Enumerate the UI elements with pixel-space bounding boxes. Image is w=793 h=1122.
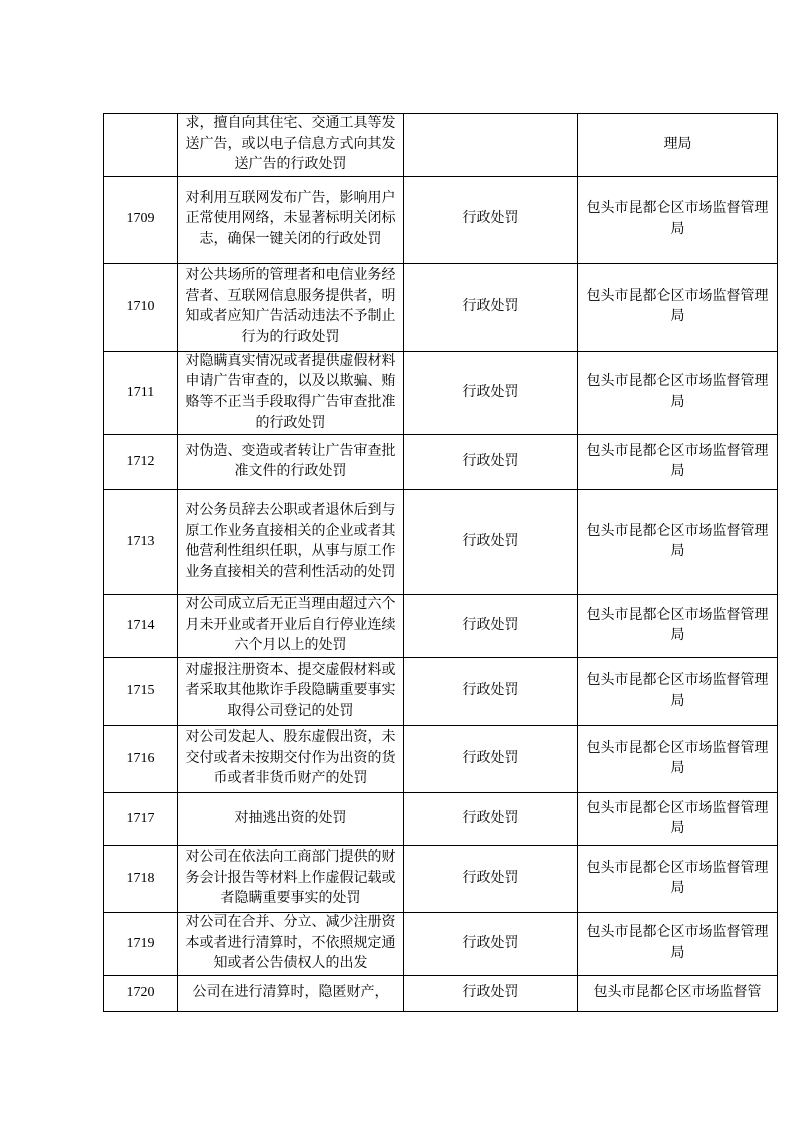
row-item-name: 求，擅自向其住宅、交通工具等发送广告，或以电子信息方式向其发送广告的行政处罚 [178,114,404,177]
row-implementing-authority: 包头市昆都仑区市场监督管理局 [578,726,778,793]
table-row: 1717 对抽逃出资的处罚 行政处罚 包头市昆都仑区市场监督管理局 [104,793,778,846]
row-sequence-number: 1720 [104,975,178,1011]
row-item-name: 对隐瞒真实情况或者提供虚假材料申请广告审查的，以及以欺骗、贿赂等不正当手段取得广… [178,351,404,434]
row-penalty-type: 行政处罚 [404,658,578,726]
table-row: 1716 对公司发起人、股东虚假出资，未交付或者未按期交付作为出资的货币或者非货… [104,726,778,793]
row-item-name: 对公司在依法向工商部门提供的财务会计报告等材料上作虚假记载或者隐瞒重要事实的处罚 [178,846,404,913]
row-sequence-number: 1710 [104,263,178,351]
row-sequence-number: 1709 [104,176,178,263]
row-item-name: 对公司发起人、股东虚假出资，未交付或者未按期交付作为出资的货币或者非货币财产的处… [178,726,404,793]
table-row: 求，擅自向其住宅、交通工具等发送广告，或以电子信息方式向其发送广告的行政处罚 理… [104,114,778,177]
row-implementing-authority: 包头市昆都仑区市场监督管 [578,975,778,1011]
row-sequence-number: 1719 [104,913,178,976]
row-item-name: 对虚报注册资本、提交虚假材料或者采取其他欺诈手段隐瞒重要事实取得公司登记的处罚 [178,658,404,726]
row-item-name: 对公司成立后无正当理由超过六个月未开业或者开业后自行停业连续六个月以上的处罚 [178,595,404,658]
document-page: 求，擅自向其住宅、交通工具等发送广告，或以电子信息方式向其发送广告的行政处罚 理… [0,0,793,1122]
row-penalty-type: 行政处罚 [404,913,578,976]
row-penalty-type: 行政处罚 [404,975,578,1011]
row-penalty-type: 行政处罚 [404,263,578,351]
penalty-items-table: 求，擅自向其住宅、交通工具等发送广告，或以电子信息方式向其发送广告的行政处罚 理… [103,113,778,1012]
row-implementing-authority: 包头市昆都仑区市场监督管理局 [578,351,778,434]
row-implementing-authority: 包头市昆都仑区市场监督管理局 [578,435,778,490]
row-implementing-authority: 包头市昆都仑区市场监督管理局 [578,595,778,658]
table-row: 1714 对公司成立后无正当理由超过六个月未开业或者开业后自行停业连续六个月以上… [104,595,778,658]
table-row: 1715 对虚报注册资本、提交虚假材料或者采取其他欺诈手段隐瞒重要事实取得公司登… [104,658,778,726]
row-penalty-type: 行政处罚 [404,846,578,913]
table-row: 1709 对利用互联网发布广告，影响用户正常使用网络，未显著标明关闭标志，确保一… [104,176,778,263]
row-item-name: 对伪造、变造或者转让广告审查批准文件的行政处罚 [178,435,404,490]
table-row: 1712 对伪造、变造或者转让广告审查批准文件的行政处罚 行政处罚 包头市昆都仑… [104,435,778,490]
table-body: 求，擅自向其住宅、交通工具等发送广告，或以电子信息方式向其发送广告的行政处罚 理… [104,114,778,1012]
row-penalty-type: 行政处罚 [404,435,578,490]
row-sequence-number: 1711 [104,351,178,434]
table-row: 1711 对隐瞒真实情况或者提供虚假材料申请广告审查的，以及以欺骗、贿赂等不正当… [104,351,778,434]
row-item-name: 对公务员辞去公职或者退休后到与原工作业务直接相关的企业或者其他营利性组织任职，从… [178,490,404,595]
row-implementing-authority: 包头市昆都仑区市场监督管理局 [578,263,778,351]
row-penalty-type: 行政处罚 [404,351,578,434]
table-row: 1718 对公司在依法向工商部门提供的财务会计报告等材料上作虚假记载或者隐瞒重要… [104,846,778,913]
row-implementing-authority: 包头市昆都仑区市场监督管理局 [578,793,778,846]
row-sequence-number: 1718 [104,846,178,913]
row-sequence-number: 1717 [104,793,178,846]
row-sequence-number [104,114,178,177]
row-sequence-number: 1713 [104,490,178,595]
row-implementing-authority: 理局 [578,114,778,177]
row-penalty-type: 行政处罚 [404,176,578,263]
row-sequence-number: 1716 [104,726,178,793]
table-row: 1720 公司在进行清算时，隐匿财产， 行政处罚 包头市昆都仑区市场监督管 [104,975,778,1011]
row-item-name: 对公司在合并、分立、减少注册资本或者进行清算时，不依照规定通知或者公告债权人的出… [178,913,404,976]
row-implementing-authority: 包头市昆都仑区市场监督管理局 [578,846,778,913]
row-item-name: 对抽逃出资的处罚 [178,793,404,846]
row-penalty-type [404,114,578,177]
row-item-name: 公司在进行清算时，隐匿财产， [178,975,404,1011]
row-penalty-type: 行政处罚 [404,793,578,846]
row-sequence-number: 1712 [104,435,178,490]
row-implementing-authority: 包头市昆都仑区市场监督管理局 [578,176,778,263]
row-penalty-type: 行政处罚 [404,595,578,658]
row-sequence-number: 1715 [104,658,178,726]
row-item-name: 对利用互联网发布广告，影响用户正常使用网络，未显著标明关闭标志，确保一键关闭的行… [178,176,404,263]
table-row: 1710 对公共场所的管理者和电信业务经营者、互联网信息服务提供者，明知或者应知… [104,263,778,351]
row-sequence-number: 1714 [104,595,178,658]
row-implementing-authority: 包头市昆都仑区市场监督管理局 [578,490,778,595]
row-penalty-type: 行政处罚 [404,726,578,793]
row-item-name: 对公共场所的管理者和电信业务经营者、互联网信息服务提供者，明知或者应知广告活动违… [178,263,404,351]
row-implementing-authority: 包头市昆都仑区市场监督管理局 [578,913,778,976]
row-penalty-type: 行政处罚 [404,490,578,595]
table-row: 1719 对公司在合并、分立、减少注册资本或者进行清算时，不依照规定通知或者公告… [104,913,778,976]
table-row: 1713 对公务员辞去公职或者退休后到与原工作业务直接相关的企业或者其他营利性组… [104,490,778,595]
row-implementing-authority: 包头市昆都仑区市场监督管理局 [578,658,778,726]
